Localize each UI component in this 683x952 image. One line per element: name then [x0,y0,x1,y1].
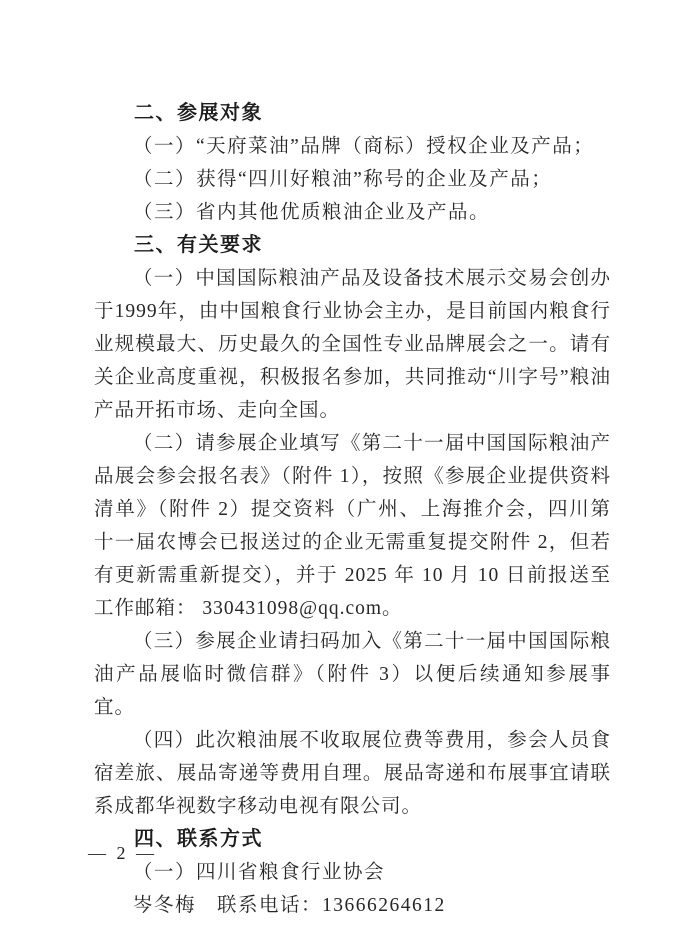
section-contact-heading: 四、联系方式 [94,823,611,856]
section-requirements-heading: 三、有关要求 [94,229,611,262]
contact-organization: （一）四川省粮食行业协会 [94,856,611,889]
document-page: 二、参展对象 （一）“天府菜油”品牌（商标）授权企业及产品； （二）获得“四川好… [0,0,683,952]
requirement-paragraph-1: （一）中国国际粮油产品及设备技术展示交易会创办于1999年，由中国粮食行业协会主… [94,262,611,427]
page-number: — 2 — [88,841,157,865]
contact-person-phone: 岑冬梅 联系电话：13666264612 [94,889,611,922]
section-contact: 四、联系方式 （一）四川省粮食行业协会 岑冬梅 联系电话：13666264612 [94,823,611,922]
exhibitor-item-3: （三）省内其他优质粮油企业及产品。 [94,196,611,229]
requirement-paragraph-3: （三）参展企业请扫码加入《第二十一届中国国际粮油产品展临时微信群》（附件 3）以… [94,625,611,724]
requirement-paragraph-2: （二）请参展企业填写《第二十一届中国国际粮油产品展会参会报名表》（附件 1），按… [94,427,611,625]
exhibitor-item-1: （一）“天府菜油”品牌（商标）授权企业及产品； [94,130,611,163]
exhibitor-item-2: （二）获得“四川好粮油”称号的企业及产品； [94,163,611,196]
section-requirements: 三、有关要求 （一）中国国际粮油产品及设备技术展示交易会创办于1999年，由中国… [94,229,611,823]
section-exhibitors-heading: 二、参展对象 [94,97,611,130]
requirement-paragraph-4: （四）此次粮油展不收取展位费等费用，参会人员食宿差旅、展品寄递等费用自理。展品寄… [94,724,611,823]
document-content: 二、参展对象 （一）“天府菜油”品牌（商标）授权企业及产品； （二）获得“四川好… [94,97,611,922]
section-exhibitors: 二、参展对象 （一）“天府菜油”品牌（商标）授权企业及产品； （二）获得“四川好… [94,97,611,229]
